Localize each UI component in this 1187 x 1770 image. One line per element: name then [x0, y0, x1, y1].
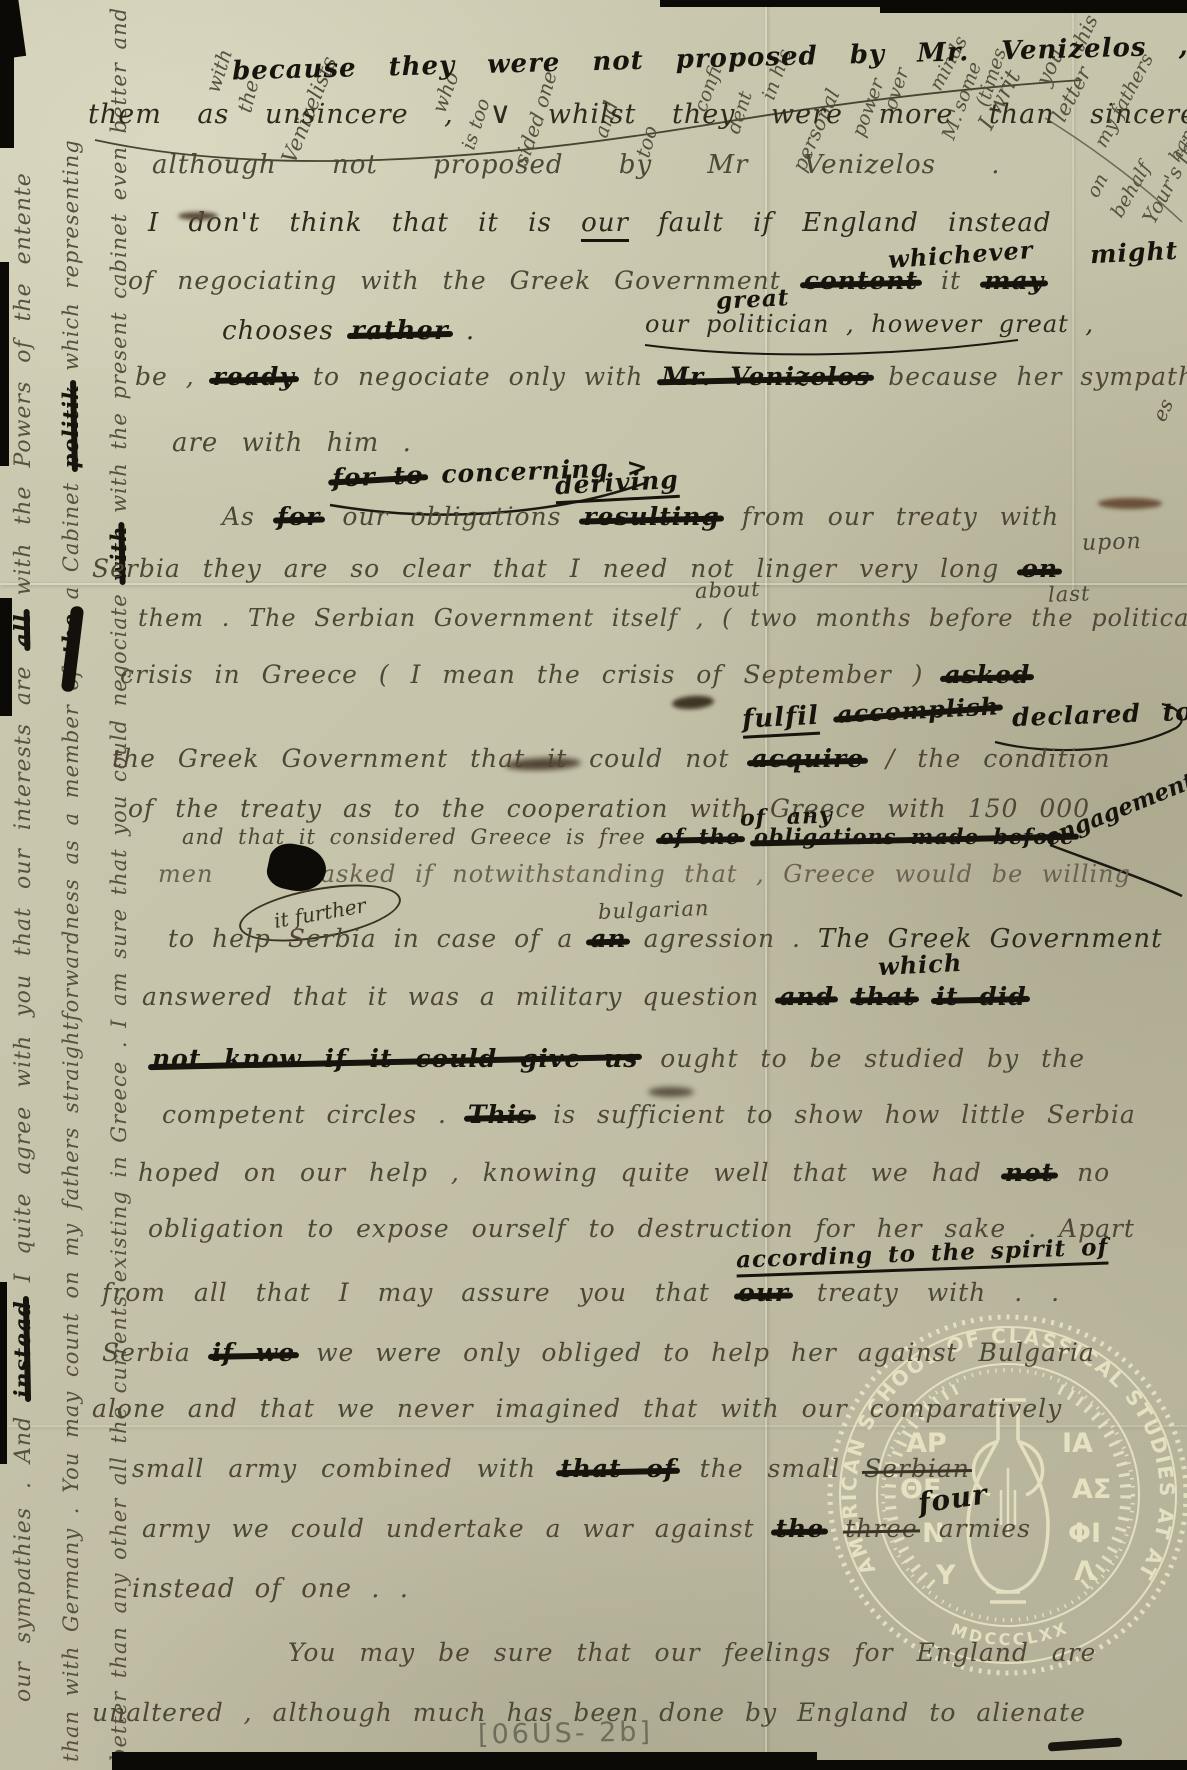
top-right-note: on — [1082, 170, 1113, 201]
scan-edge — [810, 1760, 1187, 1770]
line-text: our obligations — [342, 502, 561, 531]
handwriting-line-25: from all that I may assure you that our … — [102, 1278, 1060, 1307]
line-text: to negociate only with — [313, 362, 643, 391]
struck-word: rather — [351, 316, 449, 346]
line-text: army we could undertake a war against — [142, 1514, 755, 1543]
inserted-word: last — [1048, 581, 1091, 606]
insertion-of-any: of any — [740, 802, 834, 831]
line-text: no — [1077, 1158, 1110, 1187]
line-text: ought to be studied by the — [660, 1044, 1085, 1073]
ink-smudge — [178, 212, 218, 220]
margin-text: than with Germany . You may count on my … — [59, 668, 83, 1762]
struck-word: acquire — [751, 744, 864, 773]
struck-word: three — [845, 1514, 918, 1543]
line-text: of the treaty as to the cooperation with… — [128, 794, 1090, 823]
handwriting-line-12: them . The Serbian Government itself , (… — [138, 604, 1187, 632]
inserted-word: upon — [1082, 529, 1143, 556]
handwriting-line-22: competent circles . This is sufficient t… — [162, 1100, 1136, 1129]
line-text: instead of one . . — [132, 1574, 409, 1604]
line-text: As — [222, 502, 255, 531]
margin-text: I quite agree with you that our interest… — [11, 665, 36, 1282]
underlined-word: our — [581, 208, 629, 242]
line-text: them . The Serbian Government itself , (… — [138, 604, 1187, 632]
inserted-word: declared to — [1012, 697, 1187, 732]
struck-word: not — [1005, 1158, 1054, 1187]
handwriting-line-23: hoped on our help , knowing quite well t… — [138, 1158, 1110, 1187]
ink-smudge — [672, 695, 715, 711]
manuscript-letter-page: AMERICAN SCHOOL OF CLASSICAL STUDIES AT … — [0, 0, 1187, 1770]
handwriting-line-06b: our politician , however great , — [645, 310, 1094, 338]
line-text: from our treaty with — [742, 502, 1059, 531]
insertion-last: last — [1048, 581, 1091, 606]
insertion-deriving: deriving — [554, 465, 679, 500]
struck-word: Serbian — [864, 1454, 970, 1483]
seal-greek-letter: ΑΣ — [1072, 1474, 1111, 1505]
insertion-which: which — [877, 948, 963, 981]
struck-phrase: not know if it could give us — [152, 1044, 638, 1073]
seal-greek-letter: Υ — [935, 1560, 956, 1591]
line-text: our — [645, 310, 689, 338]
handwriting-line-07: be , ready to negociate only with Mr. Ve… — [135, 362, 1187, 391]
line-text: . — [466, 316, 475, 346]
line-text: crisis in Greece ( I mean the crisis of … — [120, 660, 923, 689]
struck-word: for to — [332, 460, 424, 492]
inserted-word: fulfil — [741, 701, 820, 739]
line-text: / the condition — [886, 744, 1111, 773]
line-text: asked if notwithstanding that , Greece w… — [321, 860, 1131, 888]
handwriting-line-30: instead of one . . — [132, 1574, 409, 1604]
handwriting-line-17: and that it considered Greece is free of… — [182, 824, 1075, 849]
struck-word: instead — [10, 1300, 36, 1398]
handwriting-line-04: I don't think that it is our fault if En… — [148, 208, 1052, 238]
inserted-word: bulgarian — [598, 896, 710, 924]
seal-greek-letter: Λ — [1074, 1556, 1095, 1587]
scan-edge — [0, 598, 12, 716]
line-text: it — [941, 266, 961, 295]
handwriting-line-21: not know if it could give us ought to be… — [152, 1044, 1085, 1073]
politician-underline — [645, 340, 1018, 354]
struck-word: if we — [212, 1338, 295, 1367]
archive-label: [06US- 2b] — [478, 1716, 653, 1750]
line-text: competent circles . — [162, 1100, 447, 1129]
struck-word: may — [984, 266, 1044, 295]
fold-crease-horizontal-1 — [0, 583, 1187, 585]
struck-phrase: that of — [560, 1454, 676, 1483]
margin-note-column-3: better than any other all the currents e… — [106, 0, 131, 1762]
inserted-word: deriving — [554, 465, 679, 504]
scan-edge — [0, 1282, 7, 1464]
handwriting-line-08: are with him . — [172, 428, 412, 458]
struck-word: our — [738, 1278, 789, 1307]
handwriting-line-13: crisis in Greece ( I mean the crisis of … — [120, 660, 1030, 689]
wrapped-syllable: es — [1147, 395, 1178, 425]
line-text: of negociating with the Greek Government — [128, 266, 781, 295]
struck-word: of the — [660, 824, 741, 849]
inserted-word: great — [715, 284, 790, 315]
line-text: agression . — [644, 924, 801, 953]
margin-text: with the present cabinet even better and… — [107, 0, 131, 513]
handwriting-line-03: although not proposed by Mr Venizelos . — [152, 150, 1001, 180]
struck-word: asked — [944, 660, 1030, 689]
struck-word: This — [468, 1100, 532, 1129]
scan-edge — [0, 0, 26, 60]
line-text: armies — [939, 1514, 1031, 1543]
margin-note-column-2: than with Germany . You may count on my … — [58, 139, 83, 1762]
handwriting-line-11: Serbia they are so clear that I need not… — [92, 554, 1058, 583]
inserted-word: which — [877, 948, 963, 981]
ink-smudge — [1098, 498, 1162, 509]
insertion-caret: ∨ — [489, 96, 512, 131]
margin-text: which representing — [59, 139, 83, 370]
line-text: we were only obliged to help her against… — [316, 1338, 1095, 1367]
struck-word: an — [590, 924, 626, 953]
line-text: the small — [700, 1454, 840, 1483]
insertion-about: about — [695, 577, 761, 603]
struck-word: the — [775, 1514, 824, 1543]
line-text: treaty with . . — [817, 1278, 1060, 1307]
handwriting-line-26: Serbia if we we were only obliged to hel… — [102, 1338, 1095, 1367]
line-text: Serbia — [102, 1338, 191, 1367]
struck-word: all — [10, 613, 36, 647]
inserted-word: about — [695, 577, 761, 603]
handwriting-line-02: them as unsincere , ∨ whilst they were m… — [88, 96, 1187, 131]
line-text: to help Serbia in case of a — [168, 924, 573, 953]
line-text: Serbia they are so clear that I need not… — [92, 554, 999, 583]
inserted-word: of any — [740, 802, 834, 831]
ink-smudge — [648, 1087, 694, 1097]
struck-word: and — [779, 982, 834, 1011]
struck-word: accomplish — [836, 691, 999, 728]
line-text: men — [158, 860, 213, 888]
struck-word: on — [1021, 554, 1058, 583]
line-text: fault if England instead — [658, 208, 1051, 238]
ink-dash — [1048, 1737, 1122, 1751]
line-text: answered that it was a military question — [142, 982, 759, 1011]
handwriting-line-16: of the treaty as to the cooperation with… — [128, 794, 1090, 823]
line-text: because her sympathi — [888, 362, 1187, 391]
struck-word: for — [277, 502, 321, 531]
handwriting-line-15: the Greek Government that it could not a… — [112, 744, 1111, 773]
line-text: chooses — [222, 316, 334, 346]
seal-greek-letter: ΦΙ — [1068, 1518, 1101, 1549]
struck-word: politik — [58, 384, 83, 468]
insertion-upon: upon — [1082, 529, 1143, 556]
insertion-bulgarian: bulgarian — [598, 896, 710, 924]
handwriting-line-28: small army combined with that of the sma… — [132, 1454, 970, 1483]
insertion-great: great — [715, 284, 790, 315]
inserted-word: might — [1089, 236, 1179, 270]
handwriting-line-10: As for our obligations resulting from ou… — [222, 502, 1059, 531]
handwriting-line-27: alone and that we never imagined that wi… — [92, 1394, 1062, 1423]
line-text: small army combined with — [132, 1454, 536, 1483]
line-text: politician , however great , — [706, 310, 1094, 338]
line-text: from all that I may assure you that — [102, 1278, 710, 1307]
insertion-fulfil: fulfil accomplish — [741, 691, 999, 734]
margin-text: our sympathies . And — [11, 1416, 36, 1702]
line-text: hoped on our help , knowing quite well t… — [138, 1158, 982, 1187]
scan-edge — [0, 262, 9, 466]
scan-edge — [112, 1752, 817, 1770]
margin-note-column-1: our sympathies . And instead I quite agr… — [10, 172, 36, 1702]
struck-word: Mr. Venizelos — [661, 362, 870, 391]
line-text: You may be sure that our feelings for En… — [288, 1638, 1096, 1667]
line-text: whilst they were more than sincere — [548, 99, 1187, 130]
handwriting-line-31: You may be sure that our feelings for En… — [288, 1638, 1096, 1667]
margin-text: with the Powers of the entente — [11, 172, 36, 595]
margin-text: a Cabinet — [59, 482, 83, 599]
line-text: are with him . — [172, 428, 412, 458]
line-text: The Greek Government — [818, 924, 1163, 954]
line-text: them as unsincere , — [88, 99, 454, 130]
struck-word: resulting — [583, 502, 720, 531]
struck-word: that — [854, 982, 915, 1011]
insertion-declared-to: declared to — [1012, 697, 1187, 732]
line-text: be , — [135, 362, 195, 391]
line-text: although not proposed by Mr Venizelos . — [152, 150, 1001, 180]
handwriting-line-06a: chooses rather . — [222, 316, 475, 346]
struck-word: it did — [935, 982, 1026, 1011]
handwriting-line-20: answered that it was a military question… — [142, 982, 1027, 1011]
line-text: the Greek Government that it could not — [112, 744, 729, 773]
scan-edge — [880, 0, 1187, 13]
struck-word: ready — [213, 362, 295, 391]
seal-greek-letter: ΙΑ — [1062, 1428, 1093, 1459]
line-text: alone and that we never imagined that wi… — [92, 1394, 1062, 1423]
handwriting-line-19: to help Serbia in case of a an agression… — [168, 924, 1163, 954]
line-text: is sufficient to show how little Serbia — [553, 1100, 1136, 1129]
handwriting-line-29: army we could undertake a war against th… — [142, 1514, 1031, 1543]
line-text: and that it considered Greece is free — [182, 825, 646, 849]
insertion-might: might — [1089, 236, 1179, 270]
